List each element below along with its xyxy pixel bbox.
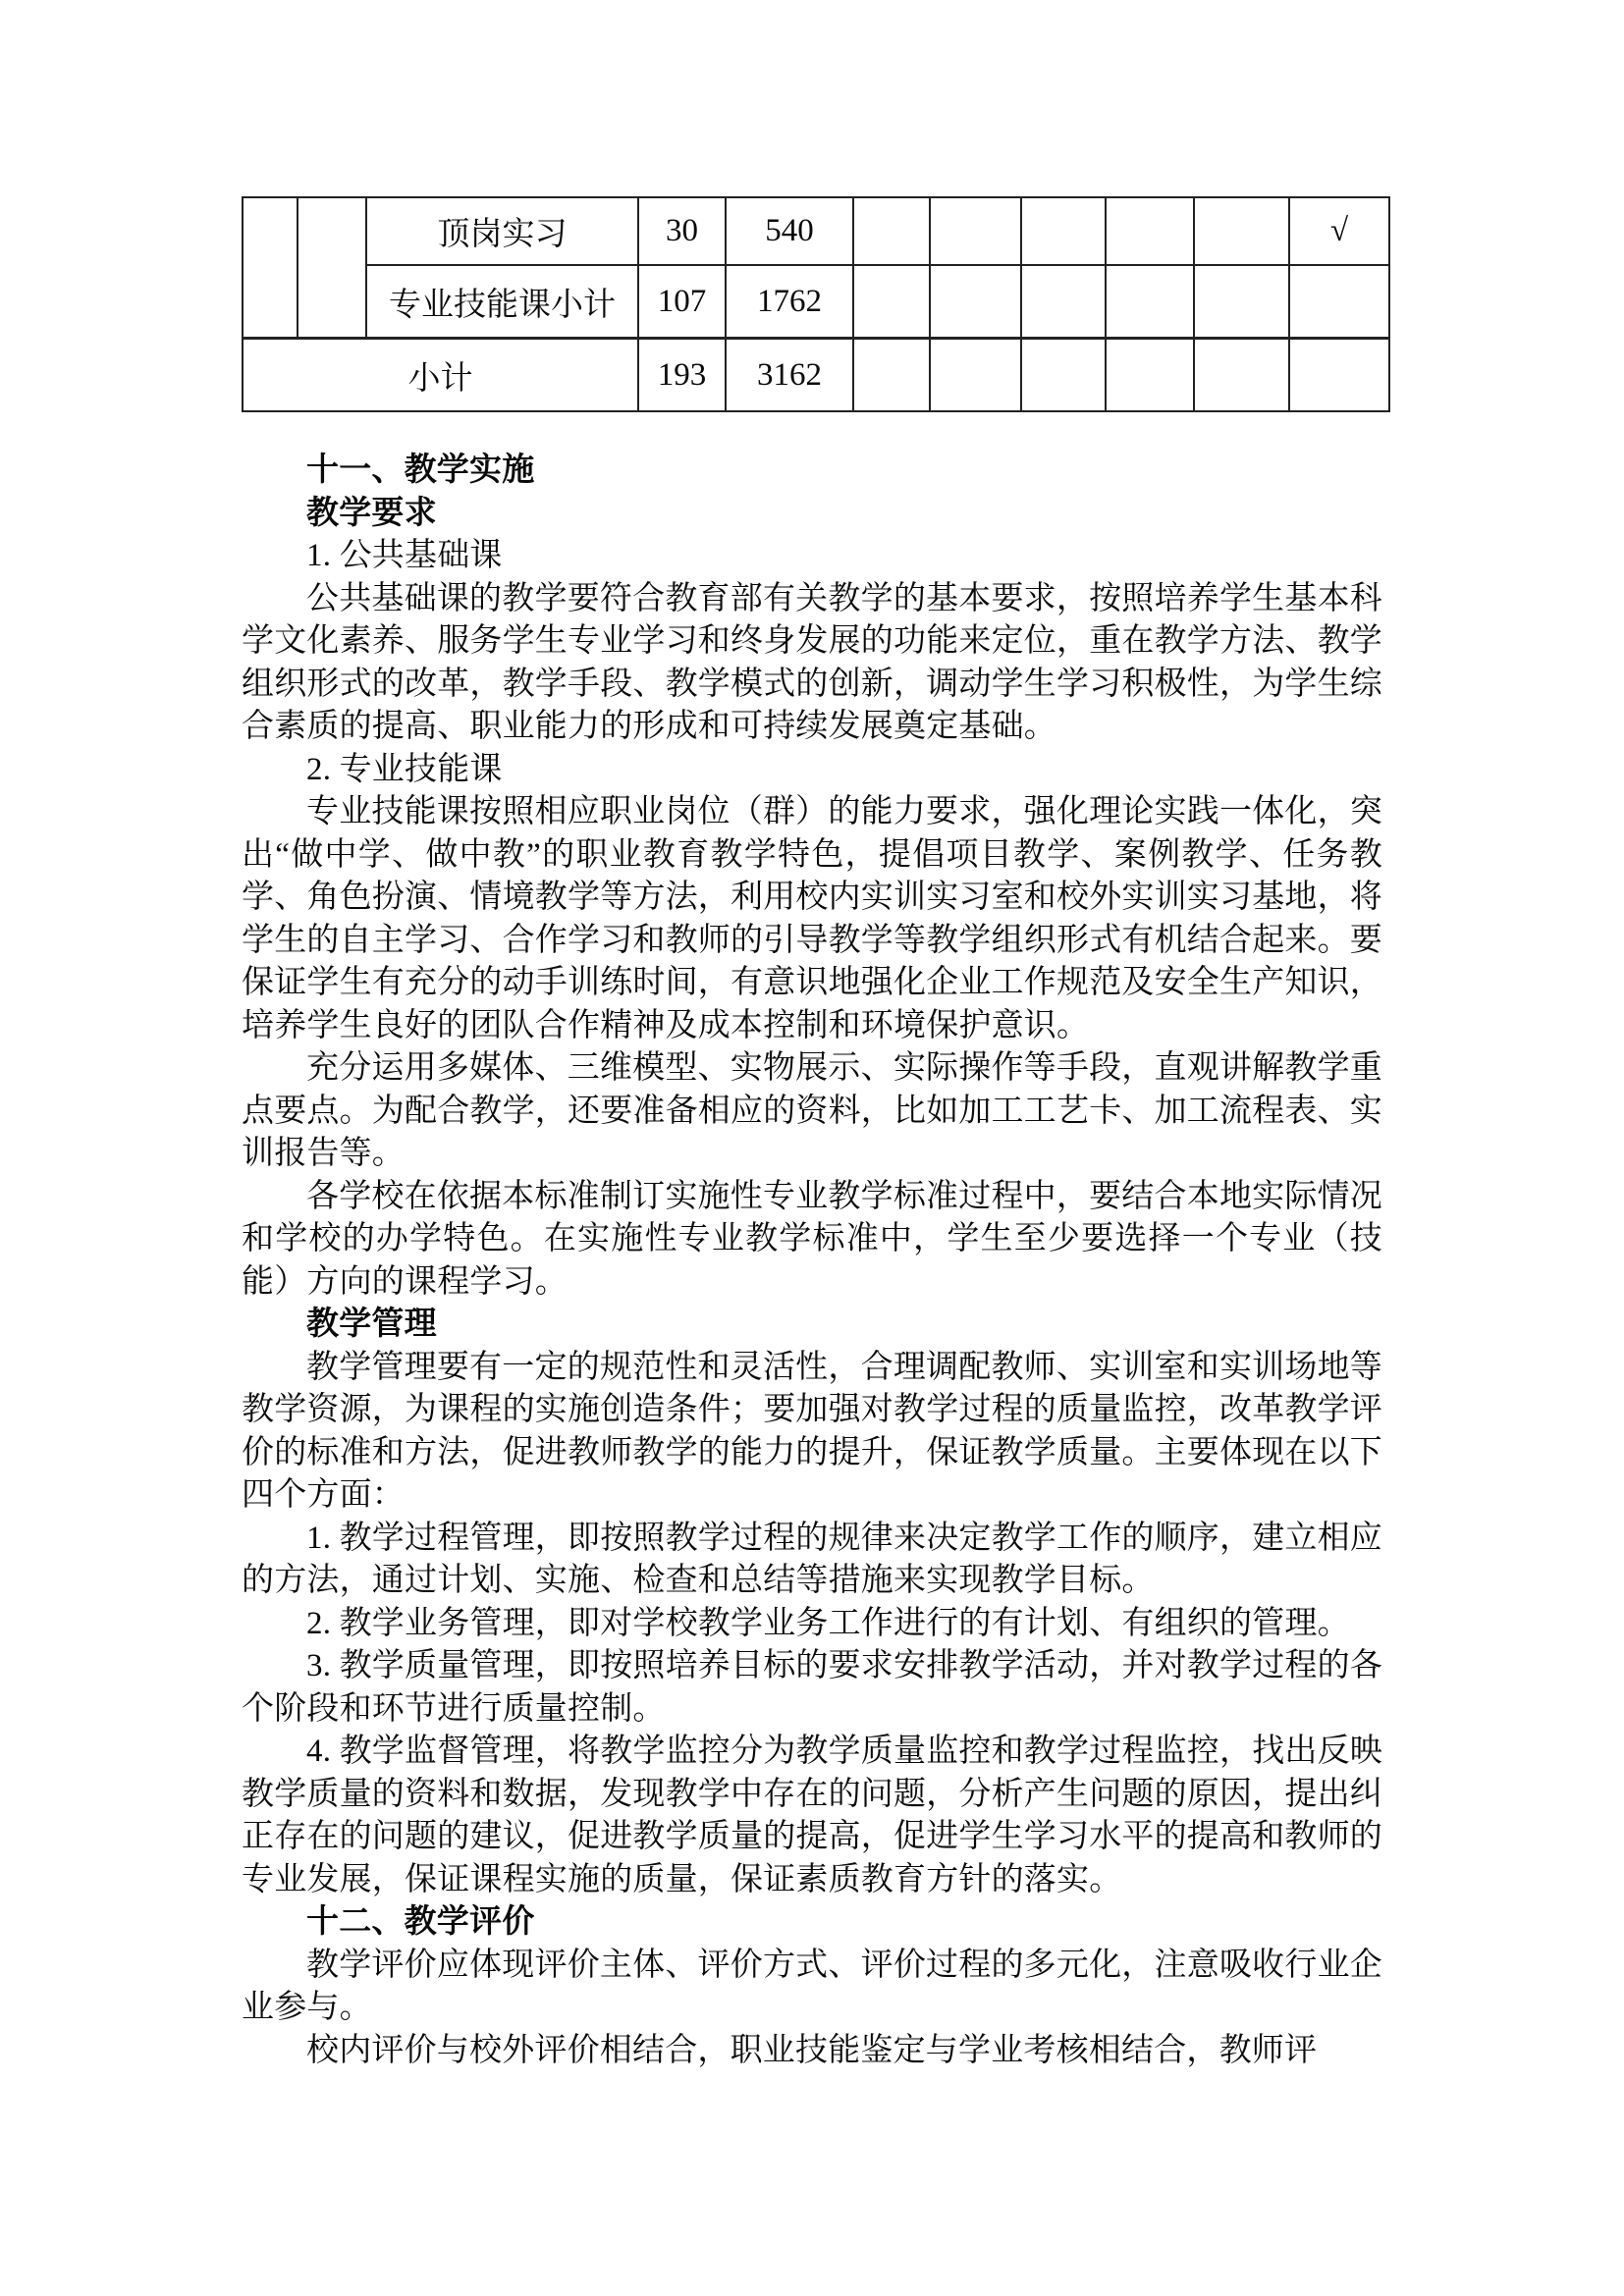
cell-subtotal-label: 小计 bbox=[243, 339, 638, 412]
cell-empty bbox=[930, 197, 1021, 265]
cell-credits: 107 bbox=[638, 265, 726, 339]
paragraph: 3. 教学质量管理，即按照培养目标的要求安排教学活动，并对教学过程的各个阶段和环… bbox=[242, 1645, 1382, 1731]
table-row: 顶岗实习 30 540 √ bbox=[243, 197, 1389, 265]
cell-empty bbox=[1021, 265, 1106, 339]
cell-empty bbox=[1289, 339, 1389, 412]
cell-empty bbox=[1106, 265, 1194, 339]
paragraph: 1. 教学过程管理，即按照教学过程的规律来决定教学工作的顺序，建立相应的方法，通… bbox=[242, 1518, 1382, 1603]
paragraph: 专业技能课按照相应职业岗位（群）的能力要求，强化理论实践一体化，突出“做中学、做… bbox=[242, 791, 1382, 1047]
section-heading: 十二、教学评价 bbox=[242, 1901, 1382, 1945]
cell-empty bbox=[1194, 197, 1289, 265]
cell-credits: 193 bbox=[638, 339, 726, 412]
paragraph: 各学校在依据本标准制订实施性专业教学标准过程中，要结合本地实际情况和学校的办学特… bbox=[242, 1176, 1382, 1305]
cell-empty bbox=[1106, 339, 1194, 412]
cell-course-name: 专业技能课小计 bbox=[366, 265, 638, 339]
cell-empty bbox=[853, 197, 930, 265]
cell-empty bbox=[1289, 265, 1389, 339]
cell-empty bbox=[1021, 339, 1106, 412]
curriculum-hours-table: 顶岗实习 30 540 √ 专业技能课小计 107 1762 bbox=[242, 196, 1390, 412]
subsection-heading: 教学要求 bbox=[242, 493, 1382, 536]
cell-hours: 540 bbox=[726, 197, 853, 265]
item-label: 1. 公共基础课 bbox=[242, 535, 1382, 578]
subsection-heading: 教学管理 bbox=[242, 1304, 1382, 1347]
cell-empty bbox=[1194, 265, 1289, 339]
body-text: 十一、教学实施 教学要求 1. 公共基础课 公共基础课的教学要符合教育部有关教学… bbox=[242, 450, 1382, 2072]
cell-category-empty bbox=[243, 197, 298, 339]
paragraph: 充分运用多媒体、三维模型、实物展示、实际操作等手段，直观讲解教学重点要点。为配合… bbox=[242, 1047, 1382, 1176]
cell-hours: 1762 bbox=[726, 265, 853, 339]
paragraph: 教学管理要有一定的规范性和灵活性，合理调配教师、实训室和实训场地等教学资源，为课… bbox=[242, 1347, 1382, 1518]
item-label: 2. 专业技能课 bbox=[242, 749, 1382, 792]
cell-empty bbox=[853, 339, 930, 412]
paragraph: 公共基础课的教学要符合教育部有关教学的基本要求，按照培养学生基本科学文化素养、服… bbox=[242, 578, 1382, 749]
cell-subcategory-empty bbox=[298, 197, 366, 339]
cell-empty bbox=[1194, 339, 1289, 412]
cell-empty bbox=[853, 265, 930, 339]
cell-empty bbox=[930, 339, 1021, 412]
page-content: 顶岗实习 30 540 √ 专业技能课小计 107 1762 bbox=[242, 196, 1388, 2072]
cell-credits: 30 bbox=[638, 197, 726, 265]
cell-empty bbox=[1106, 197, 1194, 265]
table-row: 专业技能课小计 107 1762 bbox=[243, 265, 1389, 339]
cell-empty bbox=[1021, 197, 1106, 265]
table-row-subtotal: 小计 193 3162 bbox=[243, 339, 1389, 412]
cell-course-name: 顶岗实习 bbox=[366, 197, 638, 265]
paragraph: 教学评价应体现评价主体、评价方式、评价过程的多元化，注意吸收行业企业参与。 bbox=[242, 1945, 1382, 2030]
paragraph: 2. 教学业务管理，即对学校教学业务工作进行的有计划、有组织的管理。 bbox=[242, 1603, 1382, 1646]
document-page: 顶岗实习 30 540 √ 专业技能课小计 107 1762 bbox=[0, 0, 1624, 2296]
cell-empty bbox=[930, 265, 1021, 339]
checkmark-cell: √ bbox=[1289, 197, 1389, 265]
paragraph: 校内评价与校外评价相结合，职业技能鉴定与学业考核相结合，教师评 bbox=[242, 2030, 1382, 2073]
paragraph: 4. 教学监督管理，将教学监控分为教学质量监控和教学过程监控，找出反映教学质量的… bbox=[242, 1731, 1382, 1901]
cell-hours: 3162 bbox=[726, 339, 853, 412]
section-heading: 十一、教学实施 bbox=[242, 450, 1382, 493]
